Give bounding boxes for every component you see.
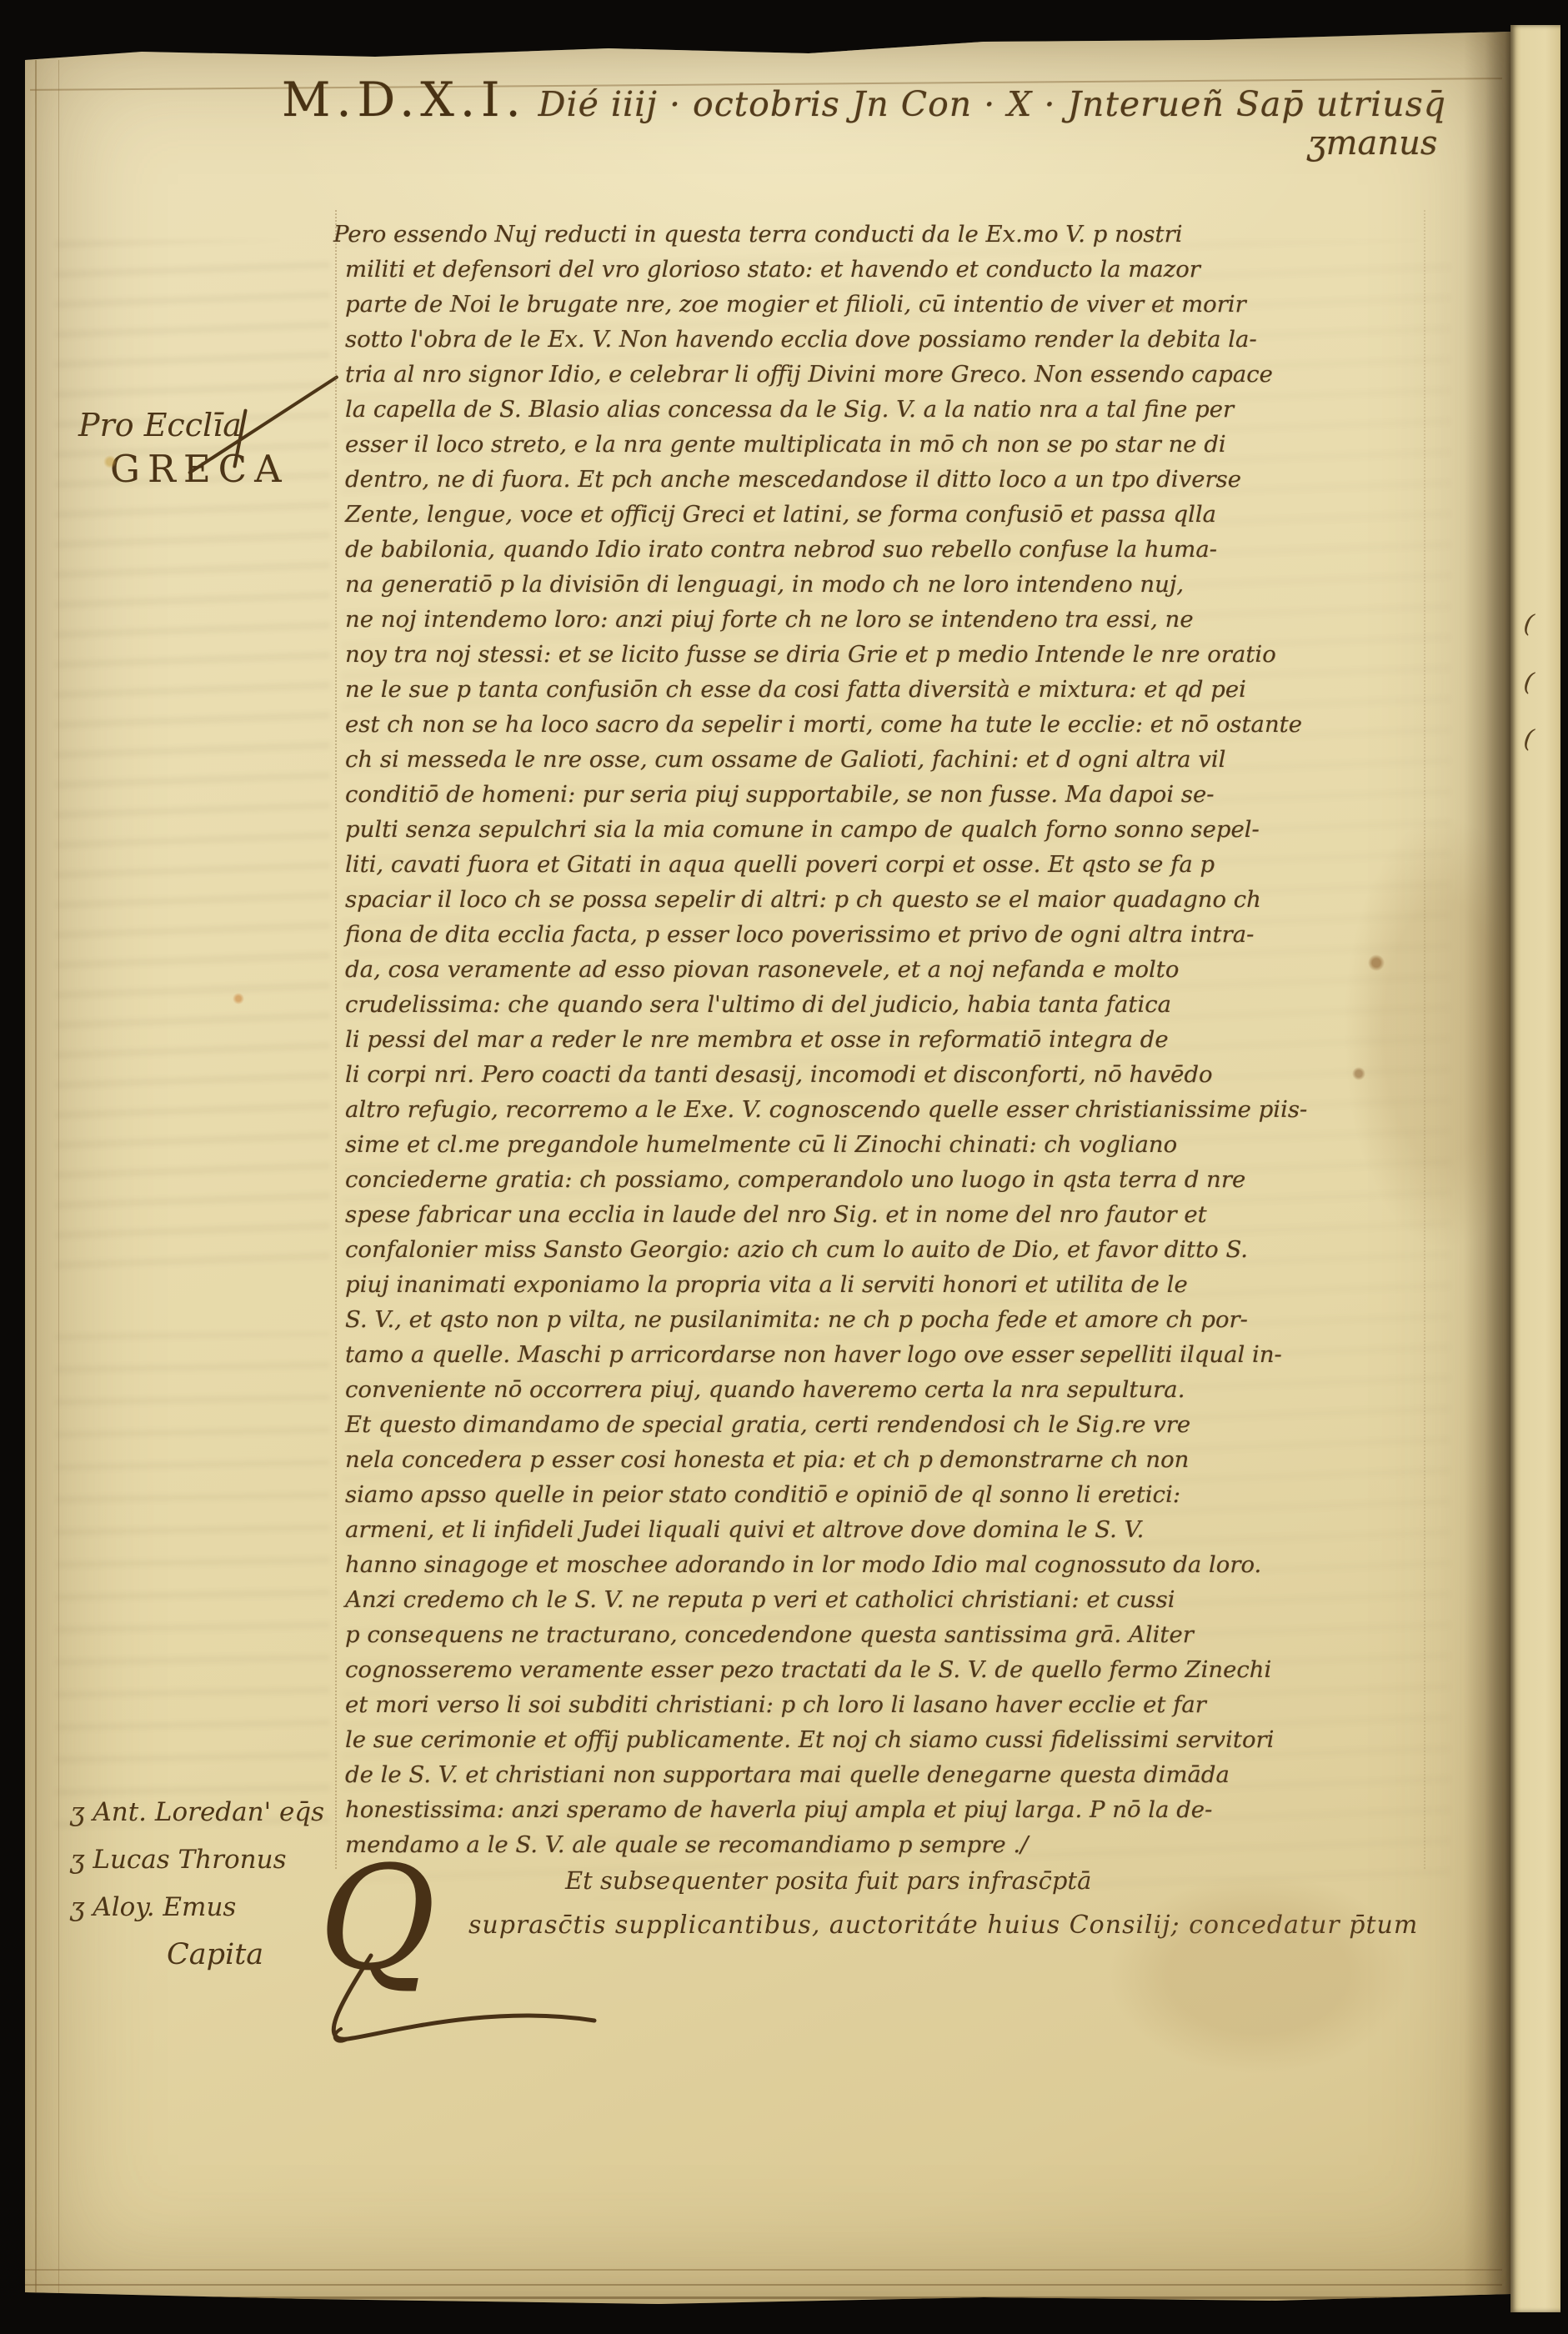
council-head-name: ʒ Lucas Thronus xyxy=(70,1836,324,1884)
manuscript-line: de babilonia, quando Idio irato contra n… xyxy=(345,532,1454,567)
manuscript-line: de le S. V. et christiani non supportara… xyxy=(345,1757,1454,1792)
council-head-name: ʒ Aloy. Emus xyxy=(70,1884,324,1931)
manuscript-line: liti, cavati fuora et Gitati in aqua que… xyxy=(345,847,1454,882)
manuscript-line: da, cosa veramente ad esso piovan rasone… xyxy=(345,952,1454,987)
heading-second-line: ʒmanus xyxy=(1307,125,1437,162)
manuscript-line: sime et cl.me pregandole humelmente cū l… xyxy=(345,1127,1454,1162)
manuscript-line: honestissima: anzi speramo de haverla pi… xyxy=(345,1792,1454,1827)
manuscript-line: noy tra noj stessi: et se licito fusse s… xyxy=(345,637,1454,672)
council-head-name: Capita xyxy=(167,1931,324,1979)
verso-show-through xyxy=(55,1332,330,1849)
manuscript-line: siamo apsso quelle in peior stato condit… xyxy=(345,1477,1454,1512)
manuscript-line: le sue cerimonie et offij publicamente. … xyxy=(345,1722,1454,1757)
stacked-page-edge xyxy=(58,60,59,2294)
manuscript-line: est ch non se ha loco sacro da sepelir i… xyxy=(345,707,1454,742)
margin-note-greca: GRECA xyxy=(110,448,289,490)
manuscript-line: pulti senza sepulchri sia la mia comune … xyxy=(345,812,1454,847)
manuscript-line: cognosseremo veramente esser pezo tracta… xyxy=(345,1652,1454,1687)
margin-note-pro-ecclesia: Pro Ecclīa xyxy=(78,407,242,443)
manuscript-line: crudelissima: che quando sera l'ultimo d… xyxy=(345,987,1454,1022)
date-heading: M.D.X.I.Dié iiij · octobris Jn Con · X ·… xyxy=(282,75,1446,129)
manuscript-line: parte de Noi le brugate nre, zoe mogier … xyxy=(345,287,1454,322)
manuscript-line: Pero essendo Nuj reducti in questa terra… xyxy=(345,217,1454,252)
manuscript-line: mendamo a le S. V. ale quale se recomand… xyxy=(345,1827,1454,1862)
manuscript-line: conditiō de homeni: pur seria piuj suppo… xyxy=(345,777,1454,812)
manuscript-line: na generatiō p la divisiōn di lenguagi, … xyxy=(345,567,1454,602)
closing-formula-line: Et subsequenter posita fuit pars infrasc… xyxy=(565,1866,1091,1896)
council-heads-notes: ʒ Ant. Loredan' eq̄sʒ Lucas Thronusʒ Alo… xyxy=(70,1789,324,1979)
manuscript-line: li pessi del mar a reder le nre membra e… xyxy=(345,1022,1454,1057)
stacked-page-edge xyxy=(25,2284,1502,2286)
manuscript-line: Zente, lengue, voce et officij Greci et … xyxy=(345,497,1454,532)
manuscript-line: fiona de dita ecclia facta, p esser loco… xyxy=(345,917,1454,952)
facing-page-ink-mark: ( xyxy=(1521,723,1535,755)
manuscript-line: armeni, et li infideli Judei liquali qui… xyxy=(345,1512,1454,1547)
manuscript-line: S. V., et qsto non p vilta, ne pusilanim… xyxy=(345,1302,1454,1337)
manuscript-line: Anzi credemo ch le S. V. ne reputa p ver… xyxy=(345,1582,1454,1617)
manuscript-body: Pero essendo Nuj reducti in questa terra… xyxy=(345,217,1454,1862)
manuscript-line: conciederne gratia: ch possiamo, compera… xyxy=(345,1162,1454,1197)
manuscript-line: nela concedera p esser cosi honesta et p… xyxy=(345,1442,1454,1477)
manuscript-line: dentro, ne di fuora. Et pch anche mesced… xyxy=(345,462,1454,497)
manuscript-line: piuj inanimati exponiamo la propria vita… xyxy=(345,1267,1454,1302)
manuscript-line: tamo a quelle. Maschi p arricordarse non… xyxy=(345,1337,1454,1372)
facing-page-edge: ( ( ( xyxy=(1510,25,1560,2312)
left-margin-rule xyxy=(335,210,337,1869)
council-head-name: ʒ Ant. Loredan' eq̄s xyxy=(70,1789,324,1836)
manuscript-line: ne noj intendemo loro: anzi piuj forte c… xyxy=(345,602,1454,637)
verso-show-through xyxy=(55,240,330,1282)
manuscript-line: confalonier miss Sansto Georgio: azio ch… xyxy=(345,1232,1454,1267)
manuscript-line: tria al nro signor Idio, e celebrar li o… xyxy=(345,357,1454,392)
manuscript-line: hanno sinagoge et moschee adorando in lo… xyxy=(345,1547,1454,1582)
binding-gutter-shadow xyxy=(1464,32,1510,2307)
decree-text-line: suprasc̄tis supplicantibus, auctoritáte … xyxy=(468,1909,1418,1942)
manuscript-line: ne le sue p tanta confusiōn ch esse da c… xyxy=(345,672,1454,707)
parchment-page: M.D.X.I.Dié iiij · octobris Jn Con · X ·… xyxy=(25,32,1510,2307)
manuscript-line: sotto l'obra de le Ex. V. Non havendo ec… xyxy=(345,322,1454,357)
manuscript-line: p consequens ne tracturano, concedendone… xyxy=(345,1617,1454,1652)
manuscript-line: et mori verso li soi subditi christiani:… xyxy=(345,1687,1454,1722)
manuscript-line: altro refugio, recorremo a le Exe. V. co… xyxy=(345,1092,1454,1127)
initial-q-flourish xyxy=(313,1949,613,2066)
facing-page-ink-mark: ( xyxy=(1521,666,1535,699)
manuscript-line: conveniente nō occorrera piuj, quando ha… xyxy=(345,1372,1454,1407)
manuscript-line: li corpi nri. Pero coacti da tanti desas… xyxy=(345,1057,1454,1092)
stacked-page-edge xyxy=(25,2296,1502,2299)
manuscript-line: esser il loco streto, e la nra gente mul… xyxy=(345,427,1454,462)
heading-year: M.D.X.I. xyxy=(282,73,527,128)
manuscript-line: Et questo dimandamo de special gratia, c… xyxy=(345,1407,1454,1442)
manuscript-line: spaciar il loco ch se possa sepelir di a… xyxy=(345,882,1454,917)
stacked-page-edge xyxy=(25,2269,1502,2271)
manuscript-line: la capella de S. Blasio alias concessa d… xyxy=(345,392,1454,427)
manuscript-line: ch si messeda le nre osse, cum ossame de… xyxy=(345,742,1454,777)
manuscript-line: spese fabricar una ecclia in laude del n… xyxy=(345,1197,1454,1232)
manuscript-line: militi et defensori del vro glorioso sta… xyxy=(345,252,1454,287)
heading-session: Dié iiij · octobris Jn Con · X · Jnterue… xyxy=(539,84,1446,124)
manuscript-photo: { "document": { "heading": { "year": "M.… xyxy=(0,0,1568,2334)
facing-page-ink-mark: ( xyxy=(1521,608,1535,640)
stacked-page-edge xyxy=(35,60,37,2294)
